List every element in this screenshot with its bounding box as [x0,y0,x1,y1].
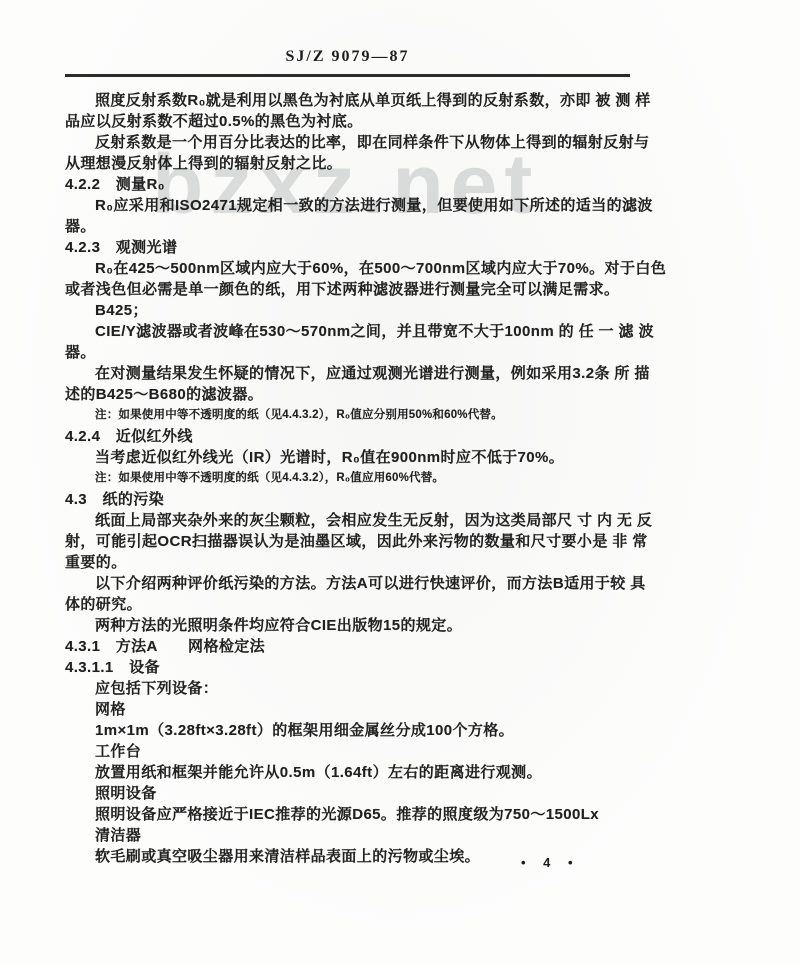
paragraph-continuation-line: 器。 [65,342,630,363]
paragraph-continuation-line: 体的研究。 [65,594,630,615]
paragraph-line: 两种方法的光照明条件均应符合CIE出版物15的规定。 [65,615,630,636]
paragraph-line: 纸面上局部夹杂外来的灰尘颗粒，会相应发生无反射，因为这类局部尺 寸 内 无 反 [65,510,630,531]
paragraph-line: 照明设备应严格接近于IEC推荐的光源D65。推荐的照度级为750～1500Lx [65,804,630,825]
section-heading: 4.2.3 观测光谱 [65,237,630,258]
paragraph-line: 应包括下列设备： [65,678,630,699]
note-line: 注：如果使用中等不透明度的纸（见4.4.3.2），R₀值应用60%代替。 [65,468,630,489]
paragraph-line: 照明设备 [65,783,630,804]
paragraph-line: 以下介绍两种评价纸污染的方法。方法A可以进行快速评价，而方法B适用于较 具 [65,573,630,594]
header-rule [65,74,630,79]
page-number: • 4 • [521,855,575,870]
paragraph-line: 清洁器 [65,825,630,846]
paragraph-line: 当考虑近似红外线光（IR）光谱时，R₀值在900nm时应不低于70%。 [65,447,630,468]
scanned-standard-page: bzxz.net SJ/Z 9079—87 照度反射系数R₀就是利用以黑色为衬底… [0,0,800,965]
paragraph-line: R₀应采用和ISO2471规定相一致的方法进行测量，但要使用如下所述的适当的滤波 [65,195,630,216]
paragraph-line: 反射系数是一个用百分比表达的比率，即在同样条件下从物体上得到的辐射反射与 [65,132,630,153]
document-lines: 照度反射系数R₀就是利用以黑色为衬底从单页纸上得到的反射系数，亦即 被 测 样品… [65,90,630,867]
paragraph-continuation-line: 射，可能引起OCR扫描器误认为是油墨区域，因此外来污物的数量和尺寸要小是 非 常 [65,531,630,552]
paragraph-continuation-line: 器。 [65,216,630,237]
note-line: 注：如果使用中等不透明度的纸（见4.4.3.2），R₀值应分别用50%和60%代… [65,405,630,426]
paragraph-continuation-line: 从理想漫反射体上得到的辐射反射之比。 [65,153,630,174]
standard-number-header: SJ/Z 9079—87 [65,48,630,70]
paragraph-line: 照度反射系数R₀就是利用以黑色为衬底从单页纸上得到的反射系数，亦即 被 测 样 [65,90,630,111]
section-heading: 4.3.1 方法A 网格检定法 [65,636,630,657]
section-heading: 4.2.2 测量R₀ [65,174,630,195]
paragraph-line: R₀在425～500nm区域内应大于60%，在500～700nm区域内应大于70… [65,258,630,279]
paragraph-line: CIE/Y滤波器或者波峰在530～570nm之间，并且带宽不大于100nm 的 … [65,321,630,342]
paragraph-continuation-line: 述的B425～B680的滤波器。 [65,384,630,405]
paragraph-line: 在对测量结果发生怀疑的情况下，应通过观测光谱进行测量，例如采用3.2条 所 描 [65,363,630,384]
paragraph-continuation-line: 重要的。 [65,552,630,573]
paragraph-line: 放置用纸和框架并能允许从0.5m（1.64ft）左右的距离进行观测。 [65,762,630,783]
paragraph-continuation-line: 或者浅色但必需是单一颜色的纸，用下述两种滤波器进行测量完全可以满足需求。 [65,279,630,300]
section-heading: 4.3.1.1 设备 [65,657,630,678]
page-content: SJ/Z 9079—87 照度反射系数R₀就是利用以黑色为衬底从单页纸上得到的反… [65,48,630,867]
paragraph-line: 工作台 [65,741,630,762]
paragraph-line: 网格 [65,699,630,720]
paragraph-line: 1m×1m（3.28ft×3.28ft）的框架用细金属丝分成100个方格。 [65,720,630,741]
paragraph-continuation-line: 品应以反射系数不超过0.5%的黑色为衬底。 [65,111,630,132]
section-heading: 4.2.4 近似红外线 [65,426,630,447]
paragraph-line: B425； [65,300,630,321]
section-heading: 4.3 纸的污染 [65,489,630,510]
